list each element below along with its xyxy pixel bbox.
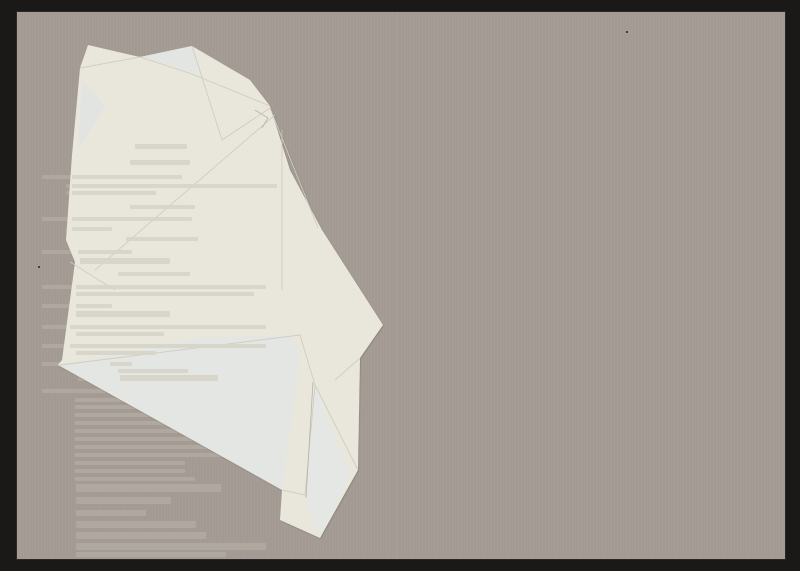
paper-piece-cool-lower <box>60 335 300 490</box>
paper-collage <box>0 0 800 571</box>
board-speck <box>626 31 628 33</box>
board-speck <box>38 266 40 268</box>
